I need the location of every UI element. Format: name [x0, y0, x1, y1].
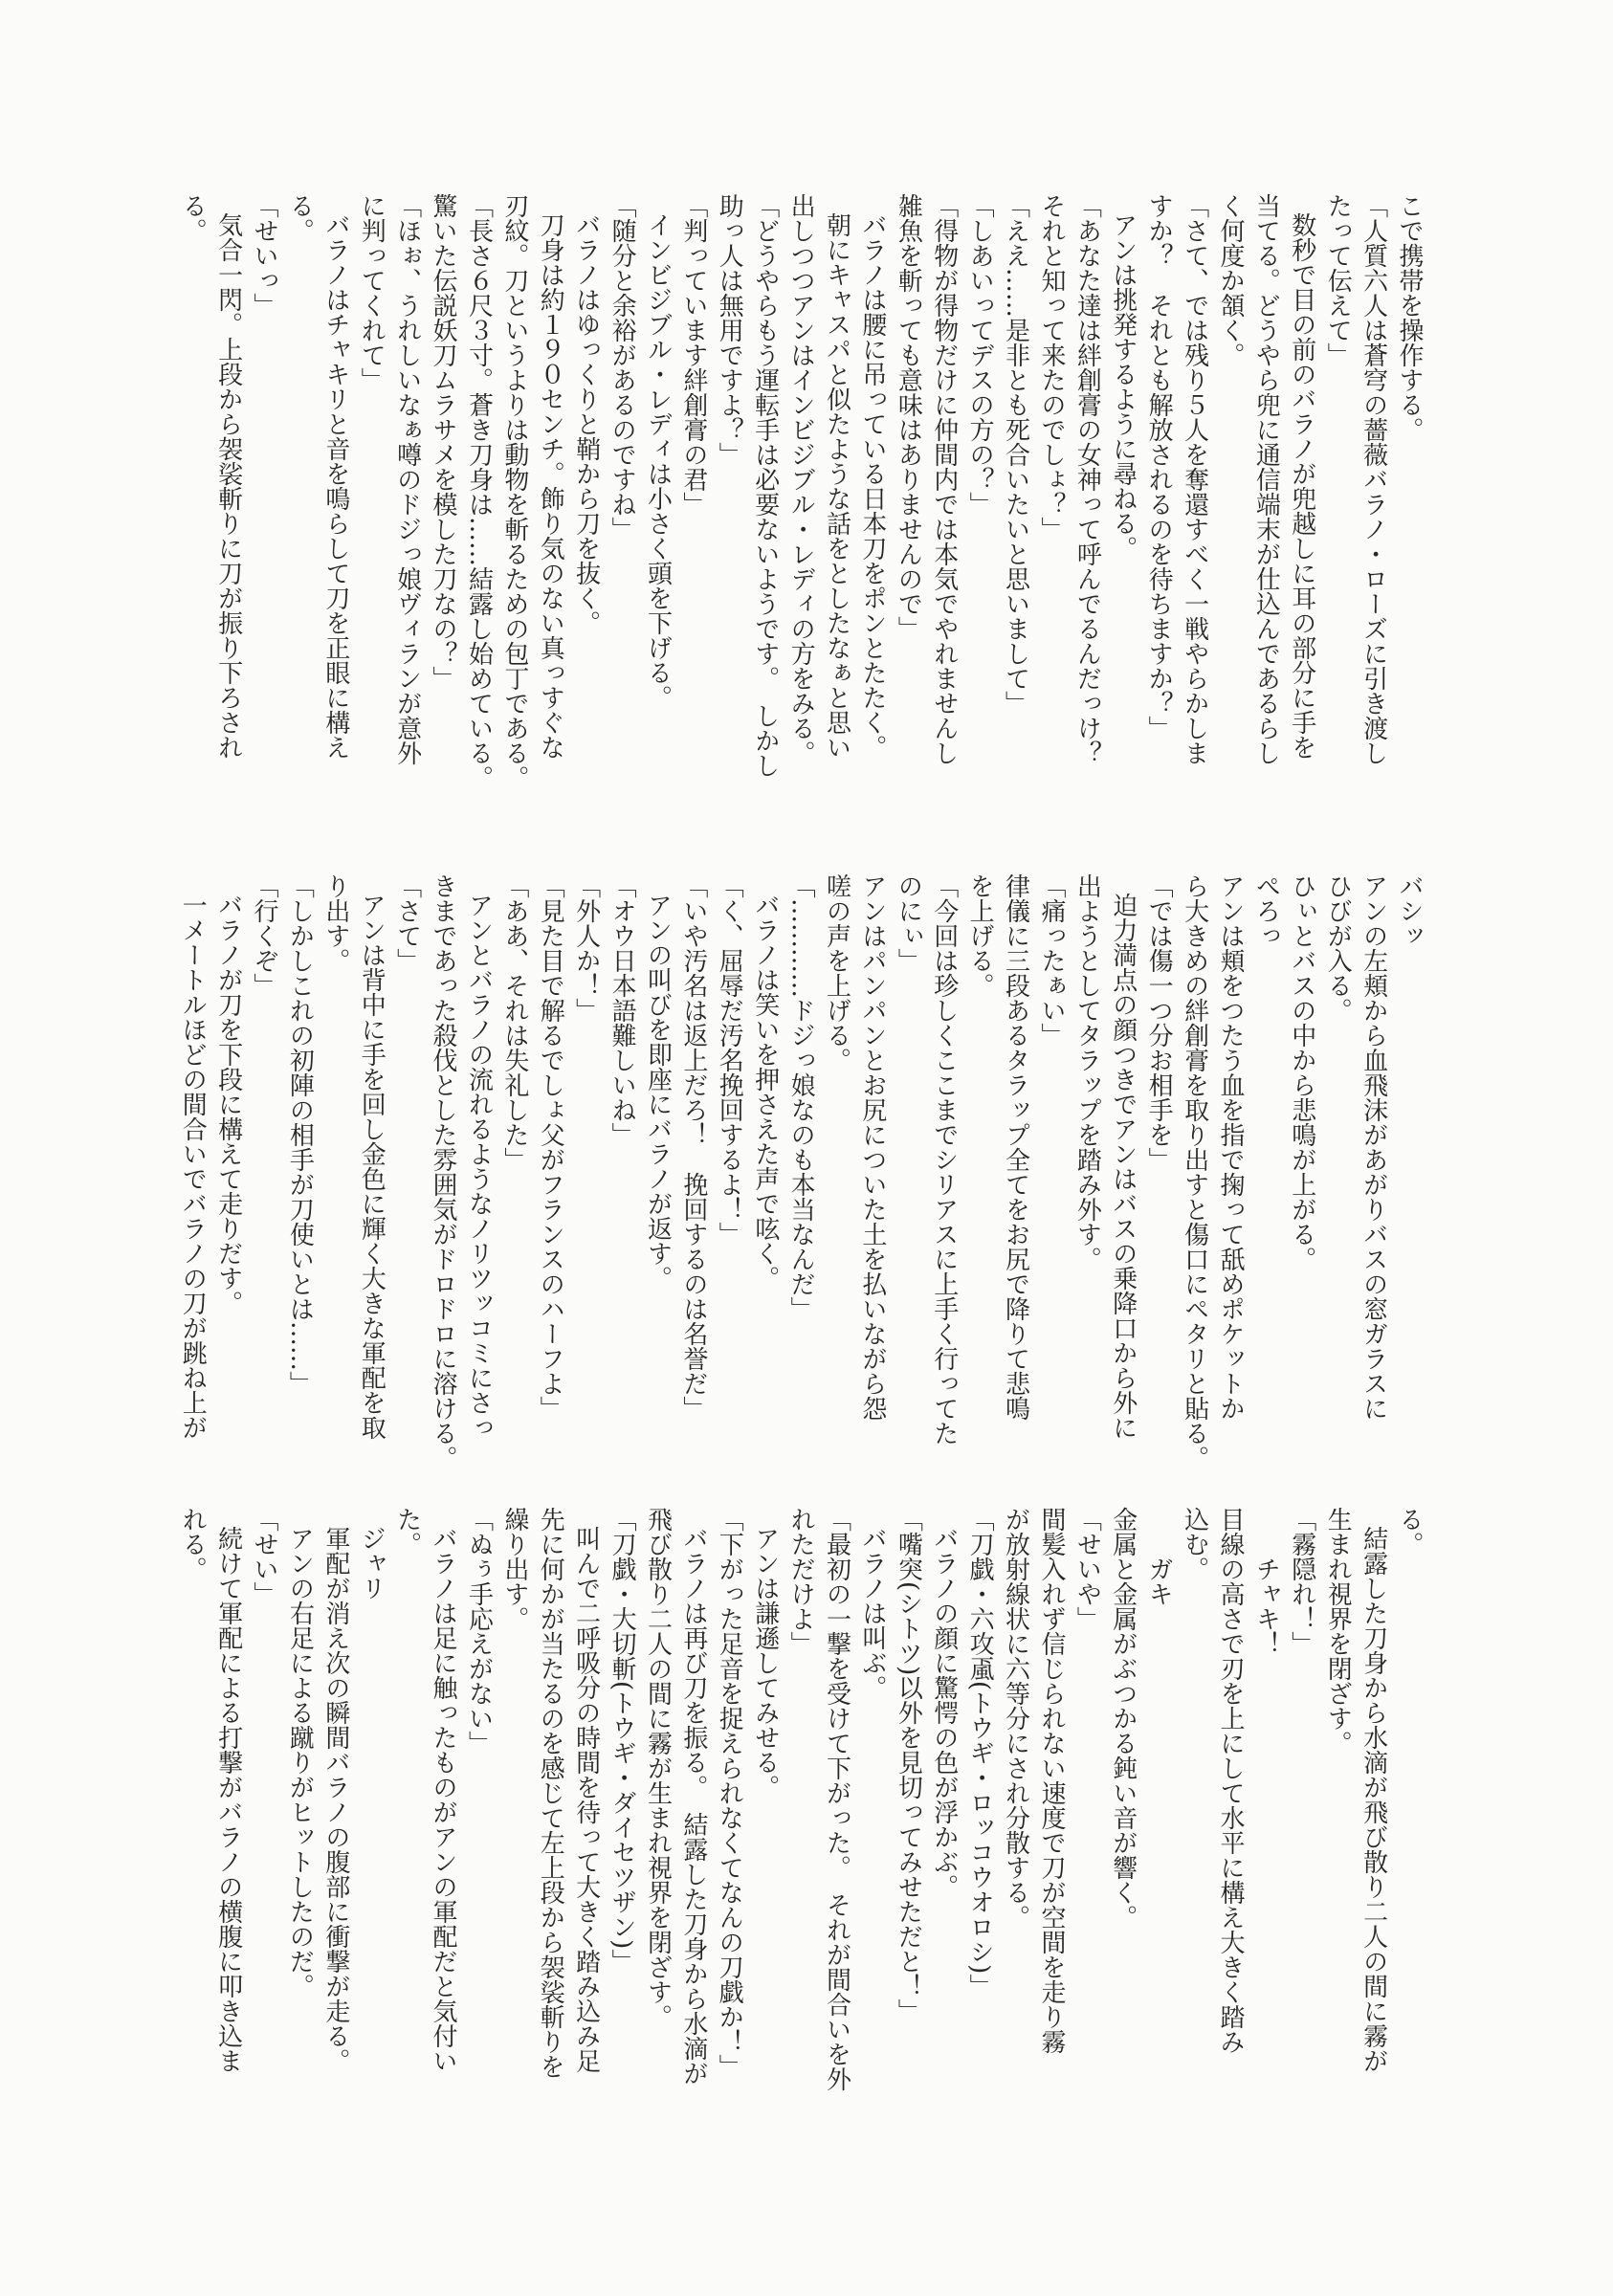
text-column: こで携帯を操作する。 — [1391, 193, 1426, 786]
text-column: 「さて」 — [388, 873, 424, 1467]
text-column: く何度か頷く。 — [1212, 193, 1248, 786]
text-column: 結露した刀身から水滴が飛び散り二人の間に霧が — [1355, 1507, 1390, 2100]
text-column: 「どうやらもう運転手は必要ないようです。 しかし — [746, 193, 782, 786]
text-column: バラノは再び刀を振る。 結露した刀身から水滴が — [674, 1507, 710, 2100]
text-column: バラノが刀を下段に構えて走りだす。 — [210, 873, 245, 1467]
text-column: アンは挑発するように尋ねる。 — [1104, 193, 1139, 786]
text-column: 「ええ……是非とも死合いたいと思いまして」 — [997, 193, 1032, 786]
text-column: 「刀戯・大切斬(トウギ・ダイセツザン)」 — [604, 1507, 639, 2100]
text-column: 「最初の一撃を受けて下がった。 それが間合いを外 — [818, 1507, 853, 2100]
text-column: 「あなた達は絆創膏の女神って呼んでるんだっけ？ — [1069, 193, 1104, 786]
text-column: 繰り出す。 — [496, 1507, 531, 2100]
text-column: 間髪入れず信じられない速度で刀が空間を走り霧 — [1033, 1507, 1069, 2100]
text-column: 「見た目で解るでしょ父がフランスのハーフよ」 — [532, 873, 567, 1467]
text-column: バラノは笑いを押さえた声で呟く。 — [746, 873, 782, 1467]
text-column: 飛び散り二人の間に霧が生まれ視界を閉ざす。 — [639, 1507, 674, 2100]
text-column: ひびが入る。 — [1319, 873, 1355, 1467]
text-column: 数秒で目の前のバラノが兜越しに耳の部分に手を — [1283, 193, 1318, 786]
text-column: 金属と金属がぶつかる鈍い音が響く。 — [1104, 1507, 1139, 2100]
text-column: すか？ それとも解放されるのを待ちますか？」 — [1140, 193, 1176, 786]
text-column: アンは謙遜してみせる。 — [746, 1507, 782, 2100]
text-column: インビジブル・レディは小さく頭を下げる。 — [639, 193, 674, 786]
text-column: 「く、屈辱だ汚名挽回するよ！」 — [711, 873, 746, 1467]
text-column: 「オウ日本語難しいね」 — [604, 873, 639, 1467]
text-column: 「せい」 — [246, 1507, 281, 2100]
text-column: 一メートルほどの間合いでバラノの刀が跳ね上が — [174, 873, 210, 1467]
text-column: アンは背中に手を回し金色に輝く大きな軍配を取 — [353, 873, 388, 1467]
text-column: 「人質六人は蒼穹の薔薇バラノ・ローズに引き渡し — [1355, 193, 1390, 786]
text-column: を上げる。 — [961, 873, 997, 1467]
text-column: 「痛ったぁい」 — [1033, 873, 1069, 1467]
text-column: 「随分と余裕があるのですね」 — [604, 193, 639, 786]
text-column: アンとバラノの流れるようなノリツッコミにさっ — [460, 873, 496, 1467]
text-band-top: こで携帯を操作する。「人質六人は蒼穹の薔薇バラノ・ローズに引き渡したって伝えて」… — [174, 193, 1426, 786]
text-column: 「ほぉ、うれしいなぁ噂のドジっ娘ヴィランが意外 — [388, 193, 424, 786]
text-column: 当てる。どうやら兜に通信端末が仕込んであるらし — [1248, 193, 1283, 786]
text-column: バラノは叫ぶ。 — [854, 1507, 890, 2100]
text-column: 込む。 — [1176, 1507, 1211, 2100]
text-column: れただけよ」 — [783, 1507, 818, 2100]
text-column: 「行くぞ」 — [246, 873, 281, 1467]
text-column: 「いや汚名は返上だろ！ 挽回するのは名誉だ」 — [674, 873, 710, 1467]
text-column: る。 — [281, 193, 317, 786]
text-column: 「ぬぅ手応えがない」 — [460, 1507, 496, 2100]
text-column: たって伝えて」 — [1319, 193, 1355, 786]
text-column: バラノは腰に吊っている日本刀をポンとたたく。 — [854, 193, 890, 786]
text-column: バラノは足に触ったものがアンの軍配だと気付い — [425, 1507, 460, 2100]
text-column: 「…………ドジっ娘なのも本当なんだ」 — [783, 873, 818, 1467]
text-column: 「しかしこれの初陣の相手が刀使いとは……」 — [281, 873, 317, 1467]
text-column: 嗟の声を上げる。 — [818, 873, 853, 1467]
text-column: 「外人か！」 — [567, 873, 603, 1467]
text-column: のにぃ」 — [890, 873, 925, 1467]
text-column: れる。 — [174, 1507, 210, 2100]
text-band-middle: バシッアンの左頬から血飛沫があがりバスの窓ガラスにひびが入る。ひぃとバスの中から… — [174, 873, 1426, 1467]
text-column: 「下がった足音を捉えられなくてなんの刀戯か！」 — [711, 1507, 746, 2100]
text-column: 「しあいってデスの方の？」 — [961, 193, 997, 786]
text-column: 続けて軍配による打撃がバラノの横腹に叩き込ま — [210, 1507, 245, 2100]
text-column: る。 — [174, 193, 210, 786]
text-column: 刀身は約１９０センチ。飾り気のない真っすぐな — [532, 193, 567, 786]
text-column: アンの右足による蹴りがヒットしたのだ。 — [281, 1507, 317, 2100]
text-column: 出しつつアンはインビジブル・レディの方をみる。 — [783, 193, 818, 786]
text-column: 出ようとしてタラップを踏み外す。 — [1069, 873, 1104, 1467]
text-column: チャキ！ — [1248, 1507, 1283, 2100]
text-column: 「せいや」 — [1069, 1507, 1104, 2100]
text-column: 「霧隠れ！」 — [1283, 1507, 1318, 2100]
text-column: バラノはチャキリと音を鳴らして刀を正眼に構え — [317, 193, 352, 786]
text-column: 「せいっ」 — [246, 193, 281, 786]
text-column: 目線の高さで刃を上にして水平に構え大きく踏み — [1212, 1507, 1248, 2100]
text-column: きまであった殺伐とした雰囲気がドロドロに溶ける。 — [425, 873, 460, 1467]
text-column: 雑魚を斬っても意味はありませんので」 — [890, 193, 925, 786]
text-column: 「今回は珍しくここまでシリアスに上手く行ってた — [925, 873, 961, 1467]
text-column: 「では傷一つ分お相手を」 — [1140, 873, 1176, 1467]
text-column: に判ってくれて」 — [353, 193, 388, 786]
text-column: 「得物が得物だけに仲間内では本気でやれませんし — [925, 193, 961, 786]
page-scan: こで携帯を操作する。「人質六人は蒼穹の薔薇バラノ・ローズに引き渡したって伝えて」… — [0, 0, 1613, 2296]
text-band-bottom: る。結露した刀身から水滴が飛び散り二人の間に霧が生まれ視界を閉ざす。「霧隠れ！」… — [174, 1507, 1426, 2100]
text-column: が放射線状に六等分にされ分散する。 — [997, 1507, 1032, 2100]
text-column: 律儀に三段あるタラップ全てをお尻で降りて悲鳴 — [997, 873, 1032, 1467]
text-column: バラノはゆっくりと鞘から刀を抜く。 — [567, 193, 603, 786]
text-column: た。 — [388, 1507, 424, 2100]
text-column: 「長さ６尺３寸。蒼き刀身は……結露し始めている。 — [460, 193, 496, 786]
text-column: ぺろっ — [1248, 873, 1283, 1467]
text-column: 助っ人は無用ですよ？」 — [711, 193, 746, 786]
text-column: 迫力満点の顔つきでアンはバスの乗降口から外に — [1104, 873, 1139, 1467]
text-column: それと知って来たのでしょ？」 — [1033, 193, 1069, 786]
text-column: 叫んで二呼吸分の時間を待って大きく踏み込み足 — [567, 1507, 603, 2100]
text-column: 朝にキャスパと似たような話をとしたなぁと思い — [818, 193, 853, 786]
text-column: り出す。 — [317, 873, 352, 1467]
text-column: 「嘴突(シトツ)以外を見切ってみせただと！」 — [890, 1507, 925, 2100]
text-column: 「判っています絆創膏の君」 — [674, 193, 710, 786]
text-column: バラノの顔に驚愕の色が浮かぶ。 — [925, 1507, 961, 2100]
text-column: る。 — [1391, 1507, 1426, 2100]
text-column: アンは頬をつたう血を指で掬って舐めポケットか — [1212, 873, 1248, 1467]
text-column: ガキ — [1140, 1507, 1176, 2100]
text-column: ら大きめの絆創膏を取り出すと傷口にペタリと貼る。 — [1176, 873, 1211, 1467]
text-column: 驚いた伝説妖刀ムラサメを模した刀なの？」 — [425, 193, 460, 786]
text-column: 「刀戯・六攻颪(トウギ・ロッコウオロシ)」 — [961, 1507, 997, 2100]
text-column: ジャリ — [353, 1507, 388, 2100]
text-column: 生まれ視界を閉ざす。 — [1319, 1507, 1355, 2100]
text-column: 「さて、では残り５人を奪還すべく一戦やらかしま — [1176, 193, 1211, 786]
text-column: アンの左頬から血飛沫があがりバスの窓ガラスに — [1355, 873, 1390, 1467]
text-column: アンの叫びを即座にバラノが返す。 — [639, 873, 674, 1467]
text-column: 先に何かが当たるのを感じて左上段から袈裟斬りを — [532, 1507, 567, 2100]
text-column: 気合一閃。上段から袈裟斬りに刀が振り下ろされ — [210, 193, 245, 786]
text-column: ひぃとバスの中から悲鳴が上がる。 — [1283, 873, 1318, 1467]
text-column: アンはパンパンとお尻についた土を払いながら怨 — [854, 873, 890, 1467]
text-column: バシッ — [1391, 873, 1426, 1467]
text-column: 軍配が消え次の瞬間バラノの腹部に衝撃が走る。 — [317, 1507, 352, 2100]
text-column: 刃紋。刀というよりは動物を斬るための包丁である。 — [496, 193, 531, 786]
text-column: 「ああ、それは失礼した」 — [496, 873, 531, 1467]
